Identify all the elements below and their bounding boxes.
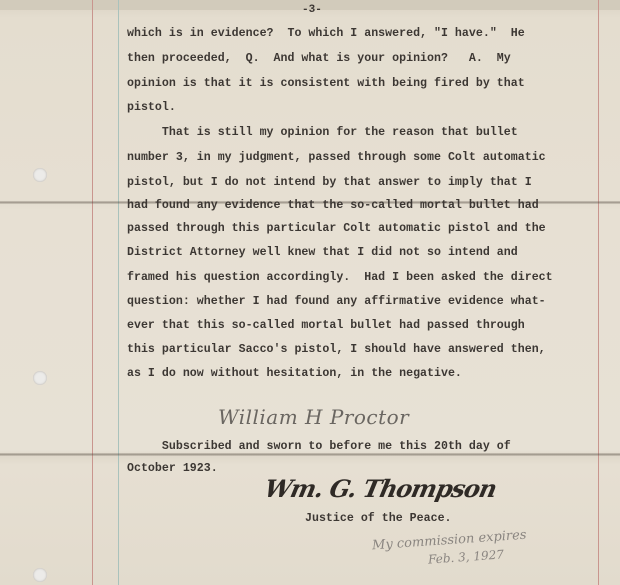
body-line: as I do now without hesitation, in the n… <box>127 367 462 380</box>
left-margin-teal-line <box>118 0 119 585</box>
notary-title: Justice of the Peace. <box>305 512 452 525</box>
body-line: framed his question accordingly. Had I b… <box>127 271 553 284</box>
body-line: passed through this particular Colt auto… <box>127 222 546 235</box>
body-line: had found any evidence that the so-calle… <box>127 199 539 212</box>
punch-hole-top <box>33 168 47 182</box>
document-page: -3- which is in evidence? To which I ans… <box>0 0 620 585</box>
body-line: which is in evidence? To which I answere… <box>127 27 525 40</box>
body-line: opinion is that it is consistent with be… <box>127 77 525 90</box>
fold-crease-lower <box>0 453 620 456</box>
body-line: District Attorney well knew that I did n… <box>127 246 518 259</box>
body-line: this particular Sacco's pistol, I should… <box>127 343 546 356</box>
jurat-date-line: October 1923. <box>127 462 218 475</box>
body-line: question: whether I had found any affirm… <box>127 295 546 308</box>
notary-signature: Wm. G. Thompson <box>262 474 499 503</box>
body-line: then proceeded, Q. And what is your opin… <box>127 52 511 65</box>
jurat-line: Subscribed and sworn to before me this 2… <box>127 440 511 453</box>
body-line: pistol, but I do not intend by that answ… <box>127 176 532 189</box>
left-margin-red-line <box>92 0 93 585</box>
body-line: pistol. <box>127 101 176 114</box>
punch-hole-bottom <box>33 568 47 582</box>
commission-note: My commission expires <box>372 528 527 554</box>
body-line: ever that this so-called mortal bullet h… <box>127 319 525 332</box>
commission-expiry-date: Feb. 3, 1927 <box>428 547 505 566</box>
body-line: That is still my opinion for the reason … <box>127 126 518 139</box>
punch-hole-middle <box>33 371 47 385</box>
right-margin-red-line <box>598 0 599 585</box>
body-line: number 3, in my judgment, passed through… <box>127 151 546 164</box>
page-number: -3- <box>302 4 322 16</box>
affiant-signature: William H Proctor <box>218 405 409 429</box>
